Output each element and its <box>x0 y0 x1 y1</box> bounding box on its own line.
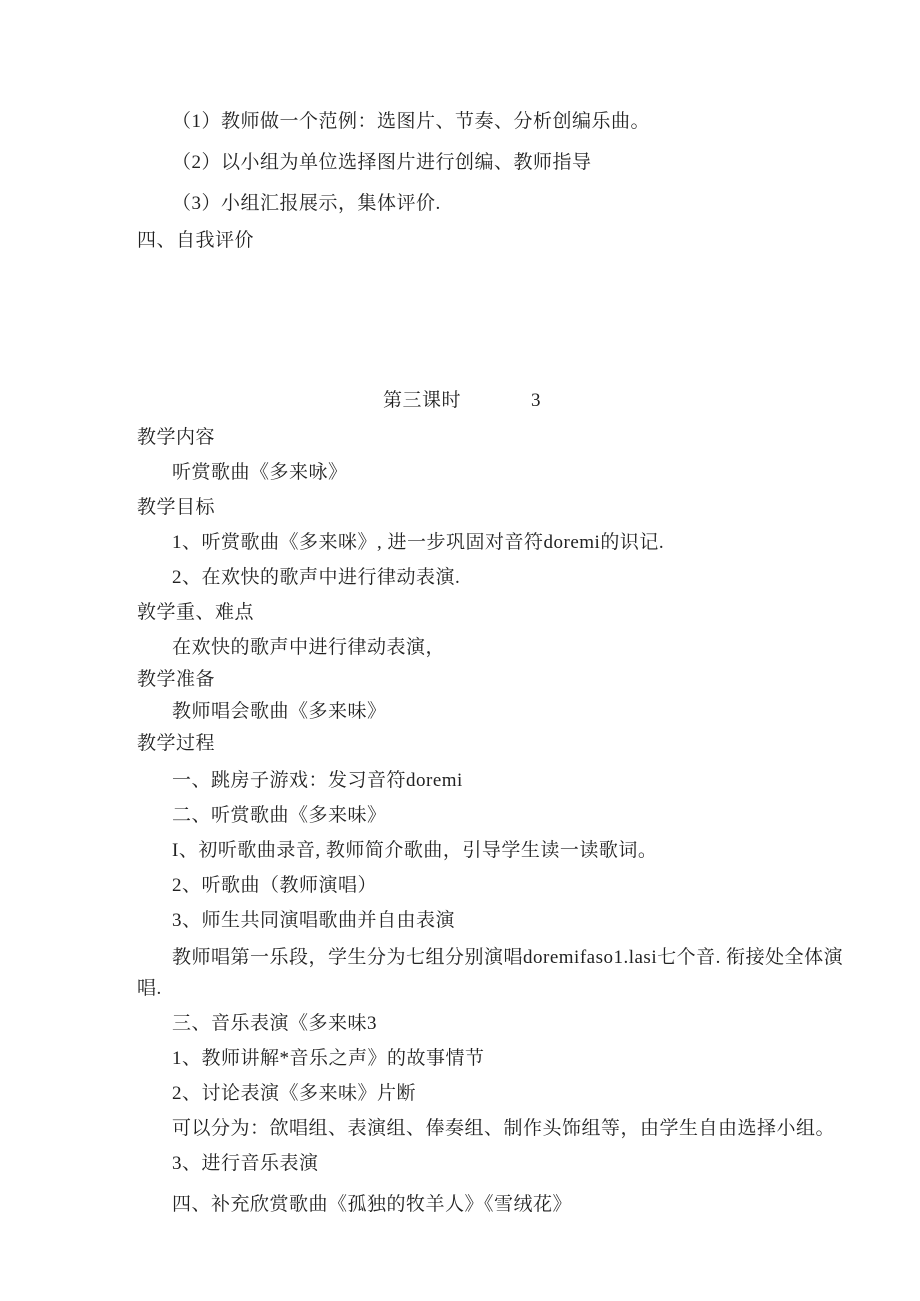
list-item-line: 1、听赏歌曲《多来咪》, 进一步巩固对音符doremi的识记. <box>137 531 870 555</box>
list-item-line: 2、听歌曲（教师演唱） <box>137 874 870 898</box>
section-header-line: 教学过程 <box>137 732 870 756</box>
lesson-title-text: 第三课时 <box>383 390 461 411</box>
section-header-line: 教学目标 <box>137 496 870 520</box>
list-item-line: 2、讨论表演《多来味》片断 <box>137 1082 870 1106</box>
section-header-line: 教学内容 <box>137 426 870 450</box>
list-item-line: 二、听赏歌曲《多来味》 <box>137 804 870 828</box>
paragraph-line: 教师唱第一乐段，学生分为七组分别演唱doremifaso1.lasi七个音. 衔… <box>137 946 870 970</box>
list-item-line: （2）以小组为单位选择图片进行创编、教师指导 <box>137 151 870 175</box>
lesson-title-line: 第三课时3 <box>137 389 870 413</box>
section-header-line: 敦学重、难点 <box>137 601 870 625</box>
section-header-line: 教学准备 <box>137 668 870 692</box>
list-item-line: 2、在欢快的歌声中进行律动表演. <box>137 566 870 590</box>
section-header-line: 四、自我评价 <box>137 229 870 253</box>
paragraph-line: 教师唱会歌曲《多来味》 <box>137 700 870 724</box>
list-item-line: 3、进行音乐表演 <box>137 1152 870 1176</box>
list-item-line: 3、师生共同演唱歌曲并自由表演 <box>137 909 870 933</box>
list-item-line: 1、教师讲解*音乐之声》的故事情节 <box>137 1047 870 1071</box>
list-item-line: 四、补充欣赏歌曲《孤独的牧羊人》《雪绒花》 <box>137 1193 870 1217</box>
list-item-line: 三、音乐表演《多来味3 <box>137 1012 870 1036</box>
list-item-line: （3）小组汇报展示，集体评价. <box>137 192 870 216</box>
document-page: （1）教师做一个范例：选图片、节奏、分析创编乐曲。（2）以小组为单位选择图片进行… <box>0 0 920 1301</box>
paragraph-line: 在欢快的歌声中进行律动表演， <box>137 636 870 660</box>
lesson-number: 3 <box>531 390 541 411</box>
list-item-line: （1）教师做一个范例：选图片、节奏、分析创编乐曲。 <box>137 110 870 134</box>
paragraph-continuation-line: 唱. <box>137 977 870 1001</box>
list-item-line: 一、跳房子游戏：发习音符doremi <box>137 769 870 793</box>
paragraph-line: 听赏歌曲《多来咏》 <box>137 461 870 485</box>
paragraph-line: 可以分为：欱唱组、表演组、俸奏组、制作头饰组等，由学生自由选择小组。 <box>137 1117 870 1141</box>
list-item-line: I、初听歌曲录音, 教师简介歌曲，引导学生读一读歌词。 <box>137 839 870 863</box>
